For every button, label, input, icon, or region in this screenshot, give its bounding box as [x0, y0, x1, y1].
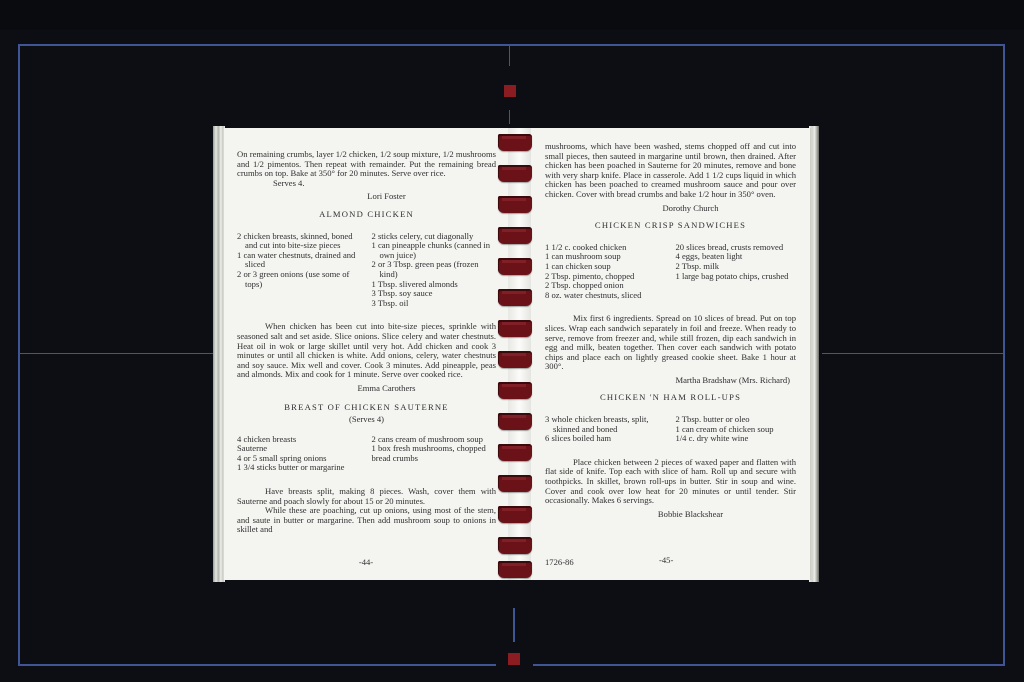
spiral-ring-icon: [498, 258, 532, 275]
registration-mark-bottom: [508, 653, 520, 665]
ingredient: 1/4 c. dry white wine: [676, 434, 797, 444]
scanner-top-band: [0, 0, 1024, 30]
ingredients-column-left: 2 chicken breasts, skinned, boned and cu…: [237, 232, 362, 309]
ingredients-column-left: 3 whole chicken breasts, split, skinned …: [545, 415, 666, 444]
ingredients-list: 4 chicken breasts Sauterne 4 or 5 small …: [237, 435, 496, 473]
frame-left-line: [18, 44, 20, 666]
ingredient: 6 slices boiled ham: [545, 434, 666, 444]
spiral-ring-icon: [498, 227, 532, 244]
spiral-ring-icon: [498, 506, 532, 523]
recipe-title: CHICKEN 'N HAM ROLL-UPS: [545, 393, 796, 403]
frame-center-vertical-top: [509, 46, 510, 66]
ingredients-column-left: 4 chicken breasts Sauterne 4 or 5 small …: [237, 435, 362, 473]
page-number: -44-: [224, 558, 508, 568]
spiral-ring-icon: [498, 413, 532, 430]
serves-note: Serves 4.: [237, 179, 496, 189]
registration-mark-top: [504, 85, 516, 97]
ingredient: 3 Tbsp. oil: [372, 299, 497, 309]
ingredient: 1 can water chestnuts, drained and slice…: [237, 251, 362, 270]
recipe-directions: Place chicken between 2 pieces of waxed …: [545, 458, 796, 506]
frame-center-vertical-upper: [509, 110, 510, 124]
ingredient: 2 or 3 Tbsp. green peas (frozen kind): [372, 260, 497, 279]
left-page: On remaining crumbs, layer 1/2 chicken, …: [223, 128, 508, 580]
spiral-ring-icon: [498, 196, 532, 213]
recipe-author: Bobbie Blackshear: [545, 510, 796, 520]
recipe-directions: Have breasts split, making 8 pieces. Was…: [237, 487, 496, 506]
ingredient: 2 or 3 green onions (use some of tops): [237, 270, 362, 289]
ingredients-column-right: 2 sticks celery, cut diagonally 1 can pi…: [372, 232, 497, 309]
serves-note: (Serves 4): [237, 415, 496, 425]
spiral-ring-icon: [498, 134, 532, 151]
spiral-ring-icon: [498, 537, 532, 554]
ingredients-list: 1 1/2 c. cooked chicken 1 can mushroom s…: [545, 243, 796, 301]
ingredient: 3 whole chicken breasts, split, skinned …: [545, 415, 666, 434]
open-cookbook: On remaining crumbs, layer 1/2 chicken, …: [213, 124, 821, 586]
spiral-ring-icon: [498, 382, 532, 399]
spiral-ring-icon: [498, 475, 532, 492]
ingredients-list: 3 whole chicken breasts, split, skinned …: [545, 415, 796, 444]
recipe-directions: When chicken has been cut into bite-size…: [237, 322, 496, 380]
frame-top-line: [18, 44, 1005, 46]
ingredient: 1 large bag potato chips, crushed: [676, 272, 797, 282]
frame-midline-left: [18, 353, 214, 354]
ingredients-list: 2 chicken breasts, skinned, boned and cu…: [237, 232, 496, 309]
ingredient: 1 can pineapple chunks (canned in own ju…: [372, 241, 497, 260]
recipe-title: CHICKEN CRISP SANDWICHES: [545, 221, 796, 231]
ingredient: bread crumbs: [372, 454, 497, 464]
right-page: mushrooms, which have been washed, stems…: [531, 128, 811, 580]
frame-right-line: [1003, 44, 1005, 666]
continued-recipe-text: On remaining crumbs, layer 1/2 chicken, …: [237, 150, 496, 179]
recipe-title: BREAST OF CHICKEN SAUTERNE: [237, 403, 496, 413]
spiral-ring-icon: [498, 351, 532, 368]
ingredient: 2 chicken breasts, skinned, boned and cu…: [237, 232, 362, 251]
recipe-directions: While these are poaching, cut up onions,…: [237, 506, 496, 535]
recipe-title: ALMOND CHICKEN: [237, 210, 496, 220]
ingredient: 8 oz. water chestnuts, sliced: [545, 291, 666, 301]
ingredients-column-right: 2 cans cream of mushroom soup 1 box fres…: [372, 435, 497, 473]
spiral-ring-icon: [498, 444, 532, 461]
continued-recipe-text: mushrooms, which have been washed, stems…: [545, 142, 796, 200]
frame-bottom-line-right: [533, 664, 1005, 666]
spiral-ring-icon: [498, 289, 532, 306]
ingredients-column-left: 1 1/2 c. cooked chicken 1 can mushroom s…: [545, 243, 666, 301]
recipe-author: Lori Foster: [237, 192, 496, 202]
ingredients-column-right: 20 slices bread, crusts removed 4 eggs, …: [676, 243, 797, 301]
frame-center-vertical-lower: [513, 608, 515, 642]
page-number: -45-: [659, 556, 673, 566]
ingredient: 1 3/4 sticks butter or margarine: [237, 463, 362, 473]
spiral-ring-icon: [498, 320, 532, 337]
frame-bottom-line-left: [18, 664, 496, 666]
recipe-author: Emma Carothers: [237, 384, 496, 394]
frame-midline-right: [822, 353, 1005, 354]
ingredients-column-right: 2 Tbsp. butter or oleo 1 can cream of ch…: [676, 415, 797, 444]
print-code: 1726-86: [545, 558, 574, 568]
recipe-directions: Mix first 6 ingredients. Spread on 10 sl…: [545, 314, 796, 372]
spiral-ring-icon: [498, 561, 532, 578]
spiral-ring-icon: [498, 165, 532, 182]
recipe-author: Martha Bradshaw (Mrs. Richard): [545, 376, 796, 386]
recipe-author: Dorothy Church: [545, 204, 796, 214]
